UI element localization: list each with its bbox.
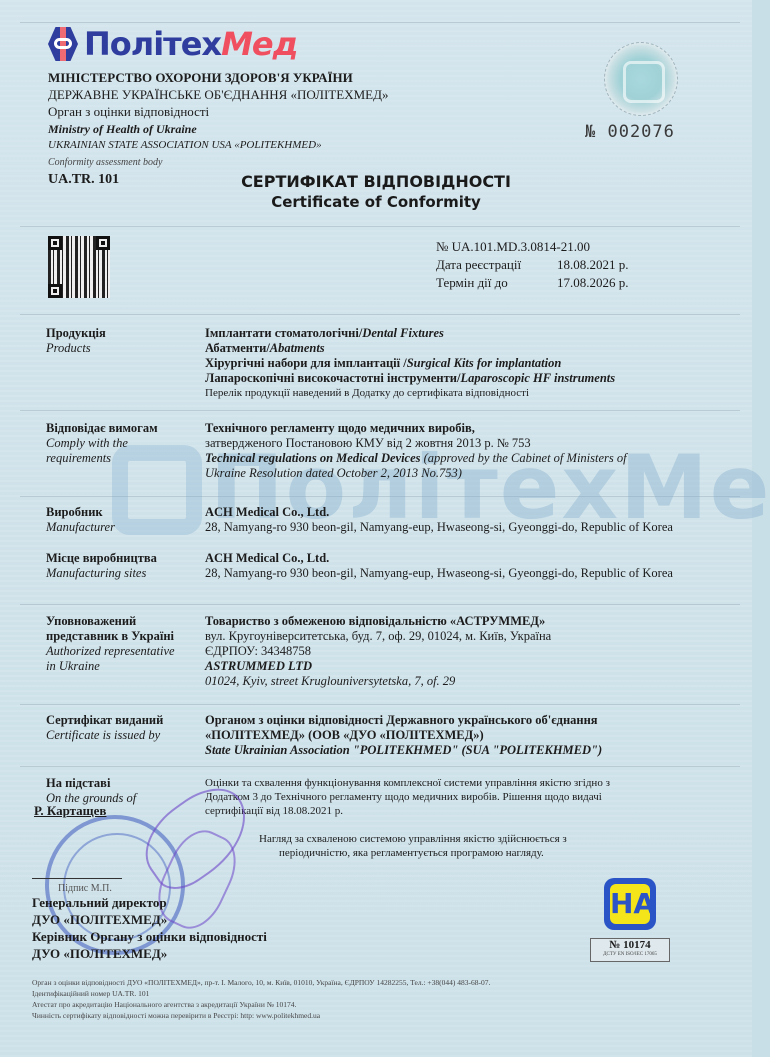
signatory-name: Р. Картащев bbox=[34, 803, 106, 819]
qr-code-icon[interactable] bbox=[48, 236, 110, 298]
valid-until-row: Термін дії до 17.08.2026 р. bbox=[436, 274, 508, 291]
issued-by-label-uk: Сертифікат виданий bbox=[46, 713, 196, 728]
divider bbox=[20, 766, 740, 767]
signature-line bbox=[32, 878, 122, 879]
product-item: Лапароскопічні високочастотні інструмент… bbox=[205, 371, 705, 386]
accreditation-number: № 10174 bbox=[591, 939, 669, 951]
requirements-line: Технічного регламенту щодо медичних виро… bbox=[205, 421, 735, 436]
accreditation-standard: ДСТУ EN ISO/IEC 17065 bbox=[591, 951, 669, 958]
valid-until-label: Термін дії до bbox=[436, 275, 508, 290]
footer-line: Ідентифікаційний номер UA.TR. 101 bbox=[32, 989, 149, 1000]
politekhmed-logo: Політех Мед bbox=[48, 24, 297, 64]
products-label-uk: Продукція bbox=[46, 326, 196, 341]
representative-label-uk-2: представник в Україні bbox=[46, 629, 196, 644]
footer-line: Орган з оцінки відповідності ДУО «ПОЛІТЕ… bbox=[32, 978, 490, 989]
body-uk: Орган з оцінки відповідності bbox=[48, 104, 209, 120]
product-item: Абатменти/Abatments bbox=[205, 341, 705, 356]
accreditation-badge: № 10174 ДСТУ EN ISO/IEC 17065 bbox=[590, 938, 670, 962]
registration-date: 18.08.2021 р. bbox=[557, 256, 629, 273]
registration-date-row: Дата реєстрації 18.08.2021 р. bbox=[436, 256, 521, 273]
body-en: Conformity assessment body bbox=[48, 155, 162, 171]
logo-text-part2: Мед bbox=[221, 25, 297, 63]
valid-until-date: 17.08.2026 р. bbox=[557, 274, 629, 291]
divider bbox=[20, 226, 740, 227]
grounds-line: сертифікації від 18.08.2021 р. bbox=[205, 804, 725, 818]
product-item: Хірургічні набори для імплантації /Surgi… bbox=[205, 356, 705, 371]
representative-label-en: Authorized representative bbox=[46, 644, 196, 659]
ministry-uk: МІНІСТЕРСТВО ОХОРОНИ ЗДОРОВ'Я УКРАЇНИ bbox=[48, 70, 353, 86]
certificate-number: № UA.101.MD.3.0814-21.00 bbox=[436, 238, 590, 255]
grounds-line: періодичністю, яка регламентується прогр… bbox=[205, 846, 725, 860]
title-en: Certificate of Conformity bbox=[0, 193, 752, 211]
divider bbox=[20, 22, 740, 23]
association-uk: ДЕРЖАВНЕ УКРАЇНСЬКЕ ОБ'ЄДНАННЯ «ПОЛІТЕХМ… bbox=[48, 87, 388, 103]
issued-by-line: State Ukrainian Association "POLITEKHMED… bbox=[205, 743, 725, 758]
representative-address-en: 01024, Kyiv, street Kruglouniversytetska… bbox=[205, 674, 705, 689]
grounds-line: Оцінки та схвалення функціонування компл… bbox=[205, 776, 725, 790]
footer-line: Чинність сертифікату відповідності можна… bbox=[32, 1011, 320, 1022]
representative-label-uk: Уповноважений bbox=[46, 614, 196, 629]
requirements-label-en: Comply with the bbox=[46, 436, 196, 451]
representative-edrpou: ЄДРПОУ: 34348758 bbox=[205, 644, 705, 659]
product-item: Імплантати стоматологічні/Dental Fixture… bbox=[205, 326, 705, 341]
title-uk: СЕРТИФІКАТ ВІДПОВІДНОСТІ bbox=[0, 172, 752, 191]
signatory-org-2: ДУО «ПОЛІТЕХМЕД» bbox=[32, 946, 167, 962]
issued-by-line: «ПОЛІТЕХМЕД» (ООВ «ДУО «ПОЛІТЕХМЕД») bbox=[205, 728, 725, 743]
representative-name-uk: Товариство з обмеженою відповідальністю … bbox=[205, 614, 705, 629]
hologram-seal-icon bbox=[604, 42, 678, 116]
grounds-label-uk: На підставі bbox=[46, 776, 196, 791]
grounds-line: Нагляд за схваленою системою управління … bbox=[205, 832, 725, 846]
representative-name-en: ASTRUMMED LTD bbox=[205, 659, 705, 674]
manufacturing-site-address: 28, Namyang-ro 930 beon-gil, Namyang-eup… bbox=[205, 566, 715, 581]
requirements-label-uk: Відповідає вимогам bbox=[46, 421, 196, 436]
registration-date-label: Дата реєстрації bbox=[436, 257, 521, 272]
divider bbox=[20, 704, 740, 705]
blank-number: № 002076 bbox=[585, 122, 675, 142]
requirements-line: Ukraine Resolution dated October 2, 2013… bbox=[205, 466, 735, 481]
manufacturer-label-en: Manufacturer bbox=[46, 520, 196, 535]
manufacturer-address: 28, Namyang-ro 930 beon-gil, Namyang-eup… bbox=[205, 520, 715, 535]
manufacturer-name: ACH Medical Co., Ltd. bbox=[205, 505, 715, 520]
issued-by-line: Органом з оцінки відповідності Державног… bbox=[205, 713, 725, 728]
politekhmed-hex-logo-icon bbox=[48, 27, 78, 61]
manufacturing-site-name: ACH Medical Co., Ltd. bbox=[205, 551, 715, 566]
logo-text-part1: Політех bbox=[84, 25, 221, 63]
association-en: UKRAINIAN STATE ASSOCIATION USA «POLITEK… bbox=[48, 137, 322, 153]
representative-address-uk: вул. Кругоуніверситетська, буд. 7, оф. 2… bbox=[205, 629, 705, 644]
naau-accreditation-logo-icon: НА bbox=[604, 878, 656, 930]
divider bbox=[20, 314, 740, 315]
requirements-line: затвердженого Постановою КМУ від 2 жовтн… bbox=[205, 436, 735, 451]
divider bbox=[20, 410, 740, 411]
manufacturing-site-label-en: Manufacturing sites bbox=[46, 566, 196, 581]
ministry-en: Ministry of Health of Ukraine bbox=[48, 121, 197, 137]
requirements-label-en-2: requirements bbox=[46, 451, 196, 466]
footer-line: Атестат про акредитацію Національного аг… bbox=[32, 1000, 296, 1011]
representative-label-en-2: in Ukraine bbox=[46, 659, 196, 674]
signatory-title: Генеральний директор bbox=[32, 895, 167, 911]
signatory-title-2: Керівник Органу з оцінки відповідності bbox=[32, 929, 267, 945]
products-label-en: Products bbox=[46, 341, 196, 356]
manufacturer-label-uk: Виробник bbox=[46, 505, 196, 520]
requirements-line: Technical regulations on Medical Devices… bbox=[205, 451, 735, 466]
issued-by-label-en: Certificate is issued by bbox=[46, 728, 196, 743]
signatory-org: ДУО «ПОЛІТЕХМЕД» bbox=[32, 912, 167, 928]
divider bbox=[20, 604, 740, 605]
manufacturing-site-label-uk: Місце виробництва bbox=[46, 551, 196, 566]
grounds-line: Додатком 3 до Технічного регламенту щодо… bbox=[205, 790, 725, 804]
products-note: Перелік продукції наведений в Додатку до… bbox=[205, 386, 705, 401]
